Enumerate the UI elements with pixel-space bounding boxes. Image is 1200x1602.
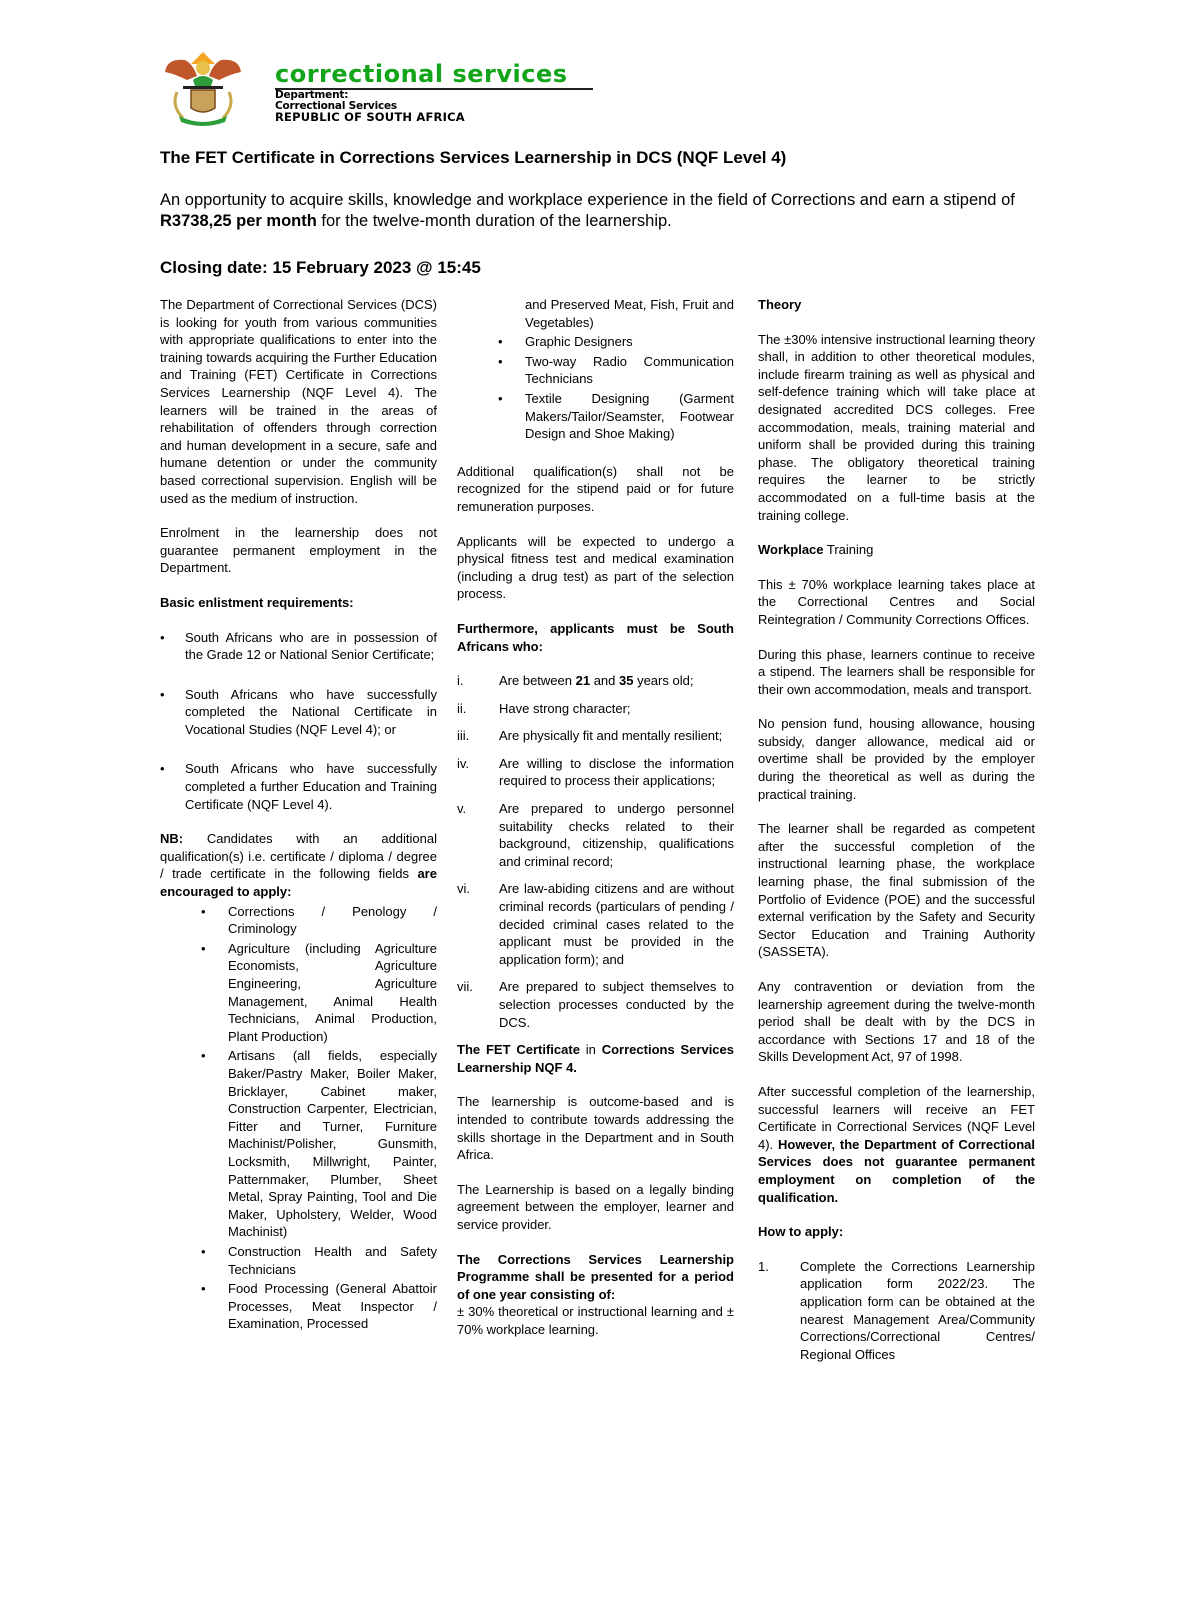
criteria-item: i.Are between 21 and 35 years old; (457, 672, 734, 690)
bullet-icon: • (201, 1243, 206, 1261)
requirement-item: •South Africans who are in possession of… (160, 629, 437, 664)
stipend-amount: R3738,25 per month (160, 212, 317, 230)
coat-of-arms-icon (157, 50, 249, 126)
criteria-list: i.Are between 21 and 35 years old; ii.Ha… (457, 672, 734, 1031)
theory-paragraph: The ±30% intensive instructional learnin… (758, 331, 1035, 525)
theory-heading: Theory (758, 296, 1035, 314)
field-item: •Textile Designing (Garment Makers/Tailo… (457, 390, 734, 443)
field-item: •Graphic Designers (457, 333, 734, 351)
column-1: The Department of Correctional Services … (160, 296, 437, 1345)
bullet-icon: • (498, 390, 503, 408)
criteria-item: iii.Are physically fit and mentally resi… (457, 727, 734, 745)
bullet-icon: • (498, 353, 503, 371)
intro-paragraph: An opportunity to acquire skills, knowle… (160, 190, 1040, 232)
additional-qualification-paragraph: Additional qualification(s) shall not be… (457, 463, 734, 516)
bullet-icon: • (160, 629, 165, 647)
completion-paragraph: After successful completion of the learn… (758, 1083, 1035, 1206)
intro-text: An opportunity to acquire skills, knowle… (160, 191, 1015, 209)
brand-block: correctional services Department: Correc… (275, 62, 593, 123)
requirements-list: •South Africans who are in possession of… (160, 629, 437, 814)
brand-country: REPUBLIC OF SOUTH AFRICA (275, 112, 593, 123)
fields-list: •Corrections / Penology / Criminology •A… (160, 903, 437, 1333)
bullet-icon: • (201, 1047, 206, 1065)
stipend-phase-paragraph: During this phase, learners continue to … (758, 646, 1035, 699)
benefits-paragraph: No pension fund, housing allowance, hous… (758, 715, 1035, 803)
competence-paragraph: The learner shall be regarded as compete… (758, 820, 1035, 961)
document-title: The FET Certificate in Corrections Servi… (160, 148, 786, 168)
bullet-icon: • (160, 760, 165, 778)
brand-title: correctional services (275, 62, 593, 86)
further-requirements-heading: Furthermore, applicants must be South Af… (457, 620, 734, 655)
fields-list-continued: and Preserved Meat, Fish, Fruit and Vege… (457, 296, 734, 443)
letterhead: correctional services Department: Correc… (155, 48, 615, 128)
bullet-icon: • (201, 940, 206, 958)
criteria-item: vi.Are law-abiding citizens and are with… (457, 880, 734, 968)
field-item: •Food Processing (General Abattoir Proce… (160, 1280, 437, 1333)
bullet-icon: • (201, 903, 206, 921)
field-item: •Construction Health and Safety Technici… (160, 1243, 437, 1278)
criteria-item: vii.Are prepared to subject themselves t… (457, 978, 734, 1031)
criteria-item: v.Are prepared to undergo personnel suit… (457, 800, 734, 870)
agreement-paragraph: The Learnership is based on a legally bi… (457, 1181, 734, 1234)
fet-heading: The FET Certificate in Corrections Servi… (457, 1041, 734, 1076)
column-3: Theory The ±30% intensive instructional … (758, 296, 1035, 1373)
programme-text: ± 30% theoretical or instructional learn… (457, 1303, 734, 1338)
field-item: •Corrections / Penology / Criminology (160, 903, 437, 938)
outcome-paragraph: The learnership is outcome-based and is … (457, 1093, 734, 1163)
requirement-item: •South Africans who have successfully co… (160, 760, 437, 813)
apply-step: 1.Complete the Corrections Learnership a… (758, 1258, 1035, 1364)
programme-heading: The Corrections Services Learnership Pro… (457, 1251, 734, 1304)
intro-text-end: for the twelve-month duration of the lea… (317, 212, 672, 230)
fitness-test-paragraph: Applicants will be expected to undergo a… (457, 533, 734, 603)
workplace-heading: Workplace Training (758, 541, 1035, 559)
requirements-heading: Basic enlistment requirements: (160, 594, 437, 612)
how-to-apply-heading: How to apply: (758, 1223, 1035, 1241)
closing-date: Closing date: 15 February 2023 @ 15:45 (160, 258, 481, 278)
field-item: •Two-way Radio Communication Technicians (457, 353, 734, 388)
bullet-icon: • (201, 1280, 206, 1298)
field-item: •Artisans (all fields, especially Baker/… (160, 1047, 437, 1241)
workplace-paragraph: This ± 70% workplace learning takes plac… (758, 576, 1035, 629)
apply-steps-list: 1.Complete the Corrections Learnership a… (758, 1258, 1035, 1364)
column-2: and Preserved Meat, Fish, Fruit and Vege… (457, 296, 734, 1356)
contravention-paragraph: Any contravention or deviation from the … (758, 978, 1035, 1066)
criteria-item: ii.Have strong character; (457, 700, 734, 718)
bullet-icon: • (160, 686, 165, 704)
criteria-item: iv.Are willing to disclose the informati… (457, 755, 734, 790)
field-item: •Agriculture (including Agriculture Econ… (160, 940, 437, 1046)
requirement-item: •South Africans who have successfully co… (160, 686, 437, 739)
field-item-continued: and Preserved Meat, Fish, Fruit and Vege… (457, 296, 734, 331)
enrolment-paragraph: Enrolment in the learnership does not gu… (160, 524, 437, 577)
nb-paragraph: NB: Candidates with an additional qualif… (160, 830, 437, 900)
overview-paragraph: The Department of Correctional Services … (160, 296, 437, 507)
bullet-icon: • (498, 333, 503, 351)
